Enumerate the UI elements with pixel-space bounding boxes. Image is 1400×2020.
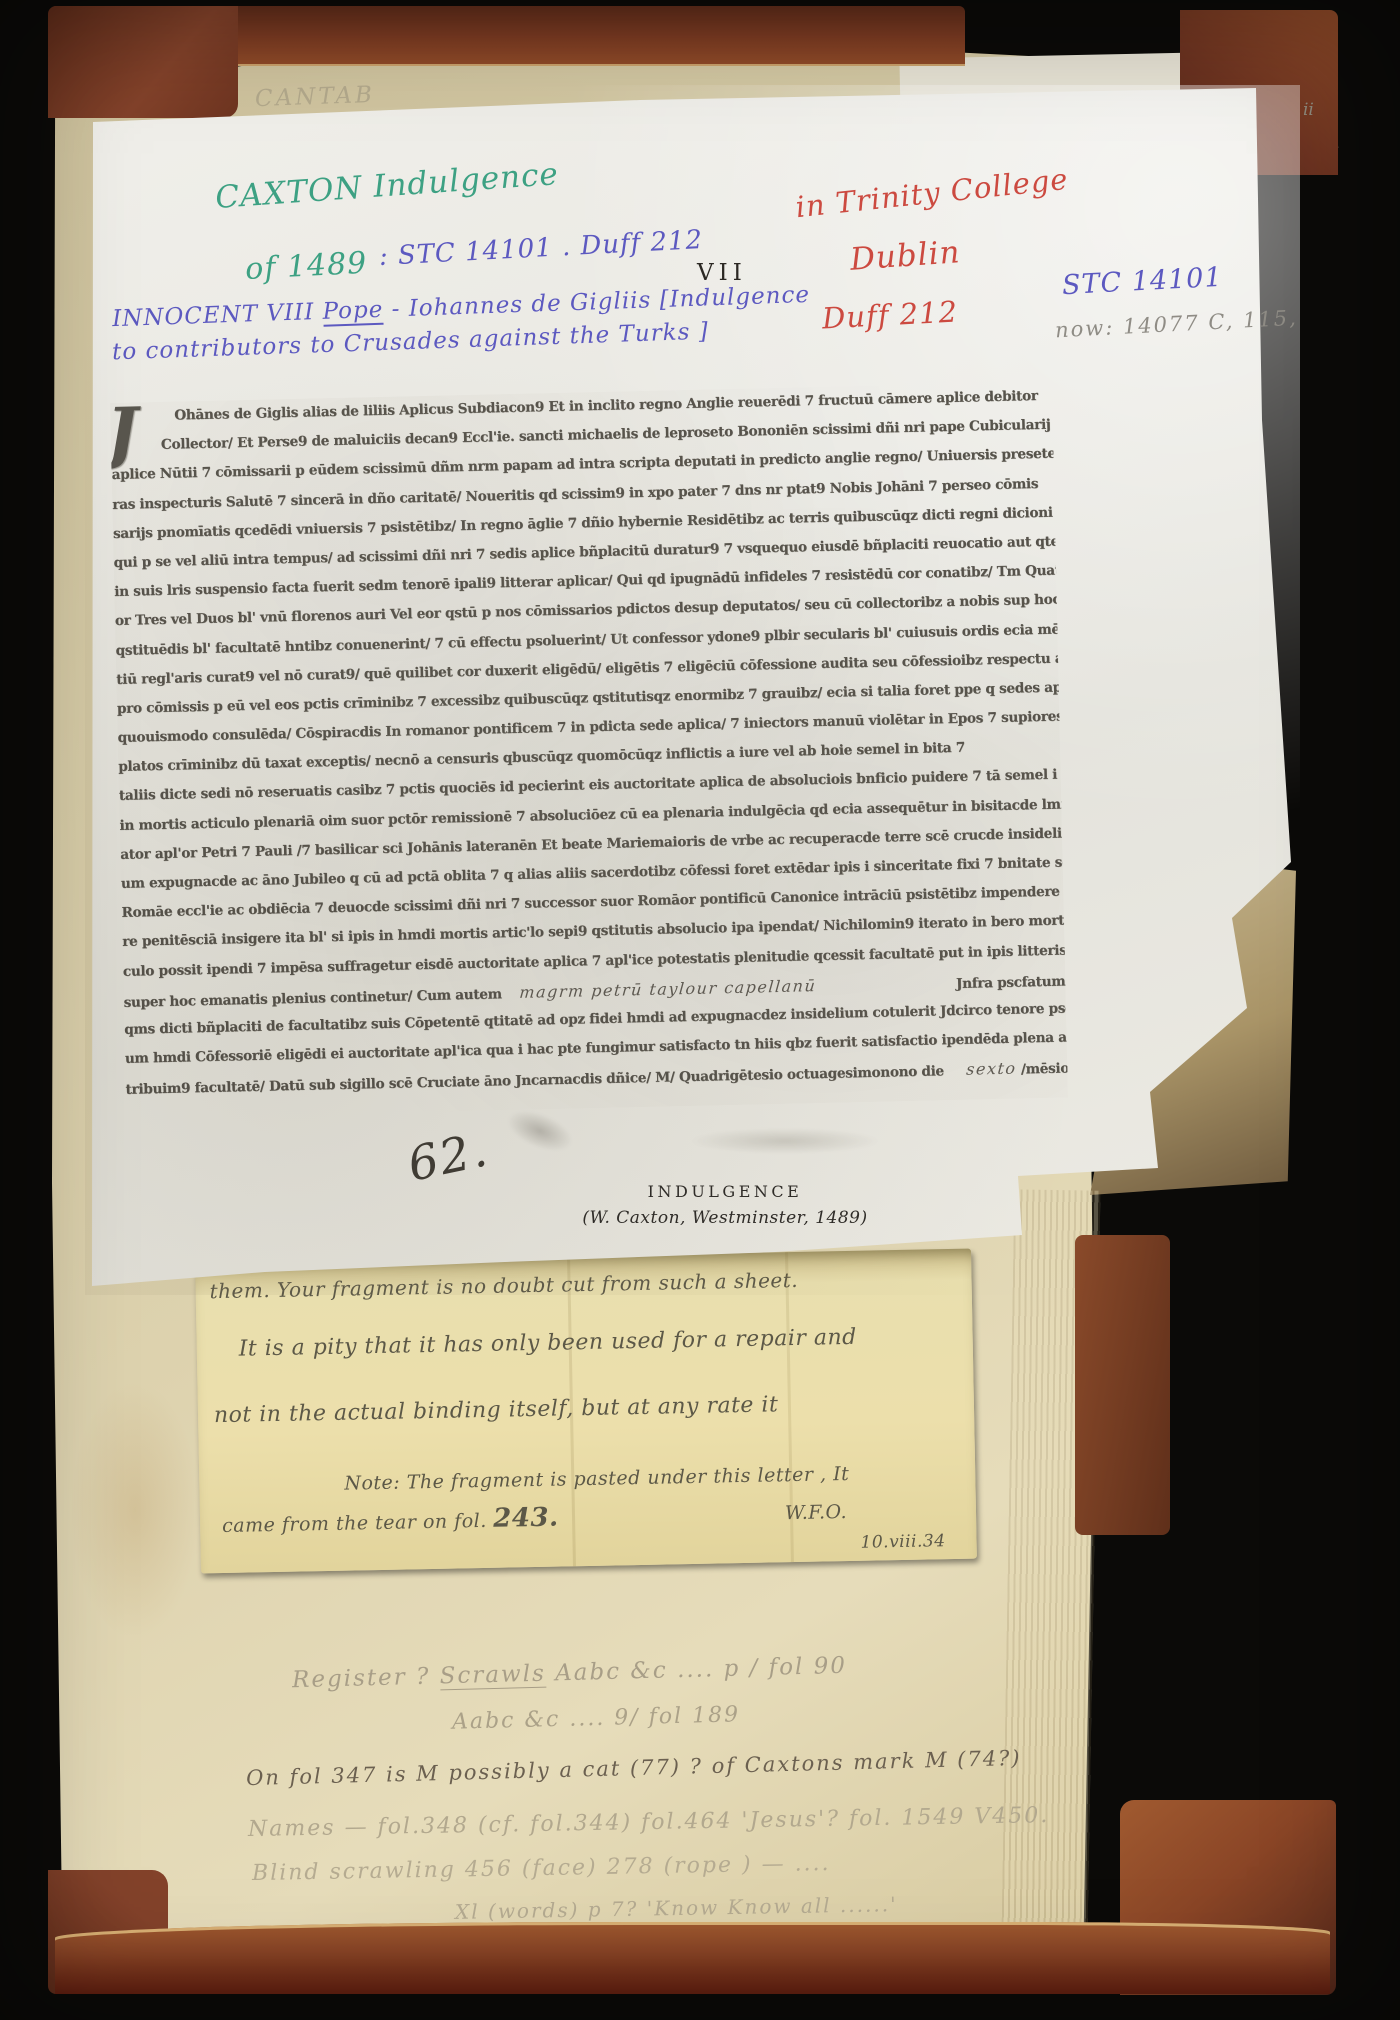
note-initials: W.F.O.: [785, 1501, 847, 1524]
facsimile-last-line: tribuim9 facultatē/ Datū sub sigillo scē…: [125, 1053, 1067, 1104]
plate-number: VII: [697, 260, 747, 286]
note-folio-number: 243.: [493, 1503, 559, 1534]
pencil-scrawls-underlined: Scrawls: [439, 1661, 546, 1691]
facsimile-line: or Tres vel Duos bl' vnū florenos auri V…: [115, 586, 1057, 637]
last-printed-after: /mēsio Junij: [1021, 1060, 1068, 1078]
facsimile-line: aplice Nūtii 7 cōmissarii p eūdem scissi…: [111, 440, 1053, 491]
facsimile-line: pro cōmissis p eū vel eos pctis crīminib…: [117, 673, 1059, 724]
note-line-3: not in the actual binding itself, but at…: [214, 1392, 779, 1428]
note-line-5-text: came from the tear on fol.: [222, 1510, 494, 1537]
facsimile-line: in mortis acticulo plenariā oim suor pct…: [119, 790, 1061, 841]
caption-subtitle: (W. Caxton, Westminster, 1489): [535, 1208, 915, 1228]
note-line-2: It is a pity that it has only been used …: [239, 1325, 857, 1362]
annotation-dublin: Dublin: [849, 234, 962, 278]
facsimile-lines-upper: Ohānes de Giglis alias de liliis Aplicus…: [110, 382, 1065, 987]
pencil-register-a: Register ?: [292, 1663, 440, 1693]
handwritten-date-insert: sexto: [965, 1054, 1018, 1084]
page-stain: [70, 1380, 200, 1640]
note-line-5: came from the tear on fol. 243.: [222, 1503, 559, 1539]
leather-edge-bottom: [55, 1922, 1330, 1994]
facsimile-line: tiū regl'aris curat9 vel nō curat9/ quē …: [116, 644, 1058, 695]
facsimile-line: sarijs pnomīatis qcedēdi vniuersis 7 psi…: [113, 498, 1055, 549]
plate-caption: INDULGENCE (W. Caxton, Westminster, 1489…: [535, 1182, 915, 1228]
facsimile-line: ator apl'or Petri 7 Pauli /7 basilicar s…: [120, 819, 1062, 870]
hidden-pencil-note: CANTAB: [255, 82, 376, 112]
facsimile-line: um expugnacde ac āno Jubileo q cū ad pct…: [121, 849, 1063, 900]
annotation-duff-212: Duff 212: [821, 294, 959, 335]
note-line-4: Note: The fragment is pasted under this …: [344, 1463, 849, 1495]
indulgence-facsimile-block: J Ohānes de Giglis alias de liliis Aplic…: [110, 382, 1068, 1119]
note-line-1: them. Your fragment is no doubt cut from…: [209, 1268, 798, 1303]
facsimile-line: in suis lris suspensio facta fuerit sedm…: [114, 557, 1056, 608]
pasted-yellow-note: them. Your fragment is no doubt cut from…: [195, 1249, 977, 1574]
facsimile-line: um hmdi Cōfessoriē eligēdi ei auctoritat…: [125, 1024, 1067, 1075]
ink-smudge: [690, 1128, 880, 1154]
facsimile-lines-lower: qms dicti bñplaciti de facultatibz suis …: [124, 994, 1067, 1074]
note-date: 10.viii.34: [860, 1531, 945, 1553]
insert-blank-space: [817, 988, 957, 991]
facsimile-line: qui p se vel aliū intra tempus/ ad sciss…: [113, 528, 1055, 579]
facsimile-line: qstituēdis bl' facultatē hntibz conuener…: [115, 615, 1057, 666]
insert-printed-after: Jnfra pscfatum: [956, 967, 1066, 999]
board-edge-leather: [1075, 1235, 1170, 1535]
caption-title: INDULGENCE: [535, 1182, 915, 1201]
handwritten-name-insert: magrm petrū taylour capellanū: [518, 971, 817, 1007]
annotation-pope-underlined: Pope: [322, 297, 384, 327]
facsimile-line: ras inspecturis Salutē 7 sincerā in dño …: [112, 469, 1054, 520]
annotation-year: of 1489: [244, 246, 368, 287]
facsimile-line: Romāe eccl'ie ac obdiēcia 7 deuocde scis…: [121, 878, 1063, 929]
facsimile-line: quouismodo consulēda/ Cōspiracdis In rom…: [117, 703, 1059, 754]
insert-printed-before: super hoc emanatis plenius continetur/ C…: [123, 980, 502, 1018]
photo-background-right: [1290, 0, 1400, 2020]
facsimile-insert-line: super hoc emanatis plenius continetur/ C…: [123, 965, 1065, 1016]
folio-number-pencil: ii: [1303, 100, 1314, 120]
last-printed-before: tribuim9 facultatē/ Datū sub sigillo scē…: [125, 1063, 948, 1098]
facsimile-line: platos crīminibz dū taxat exceptis/ necn…: [118, 732, 1060, 783]
facsimile-line: re penitēsciā insigere ita bl' si ipis i…: [122, 907, 1064, 958]
illuminated-initial: J: [110, 392, 138, 471]
leather-corner-top-left: [48, 6, 238, 118]
facsimile-line: Collector/ Et Perse9 de maluiciis decan9…: [111, 411, 1053, 462]
facsimile-line: taliis dicte sedi nō reseruatis casibz 7…: [119, 761, 1061, 812]
